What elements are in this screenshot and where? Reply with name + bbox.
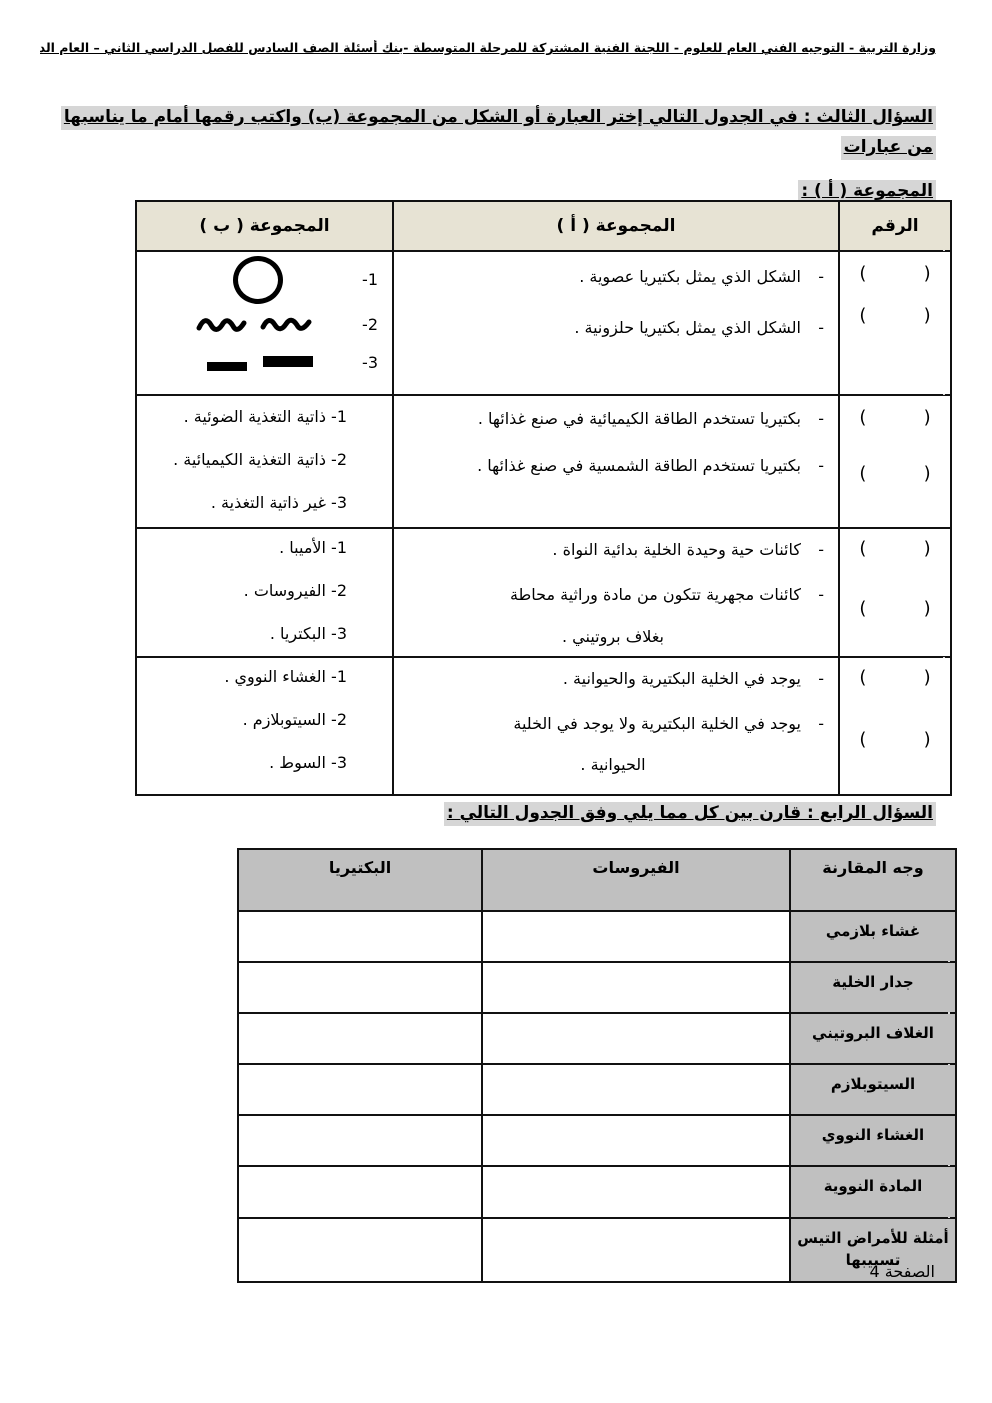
- bullet-dash: -: [816, 315, 824, 340]
- header-number-column: الرقم: [838, 202, 950, 250]
- bacteria-answer-cell[interactable]: [239, 1014, 481, 1063]
- bacteria-answer-cell[interactable]: [239, 1116, 481, 1165]
- comparison-table-header-row: وجه المقارنة الفيروسات البكتيريا: [239, 850, 955, 910]
- statement-text: الشكل الذي يمثل بكتيريا عصوية .: [579, 264, 801, 289]
- viruses-answer-cell[interactable]: [481, 1014, 789, 1063]
- comparison-table: وجه المقارنة الفيروسات البكتيريا غشاء بل…: [237, 848, 957, 1283]
- group-b-cell: 1- 2- 3-: [137, 252, 392, 394]
- group-a-cell: -الشكل الذي يمثل بكتيريا عصوية . -الشكل …: [392, 252, 838, 394]
- bullet-dash: -: [816, 264, 824, 289]
- statement-continuation: بغلاف بروتيني .: [402, 624, 824, 649]
- table-row: ( ) ( ) -الشكل الذي يمثل بكتيريا عصوية .…: [137, 250, 950, 394]
- question3-title-line1: السؤال الثالث : في الجدول التالي إختر ال…: [61, 106, 936, 160]
- bullet-dash: -: [816, 537, 824, 562]
- option-item: 3- السوط .: [143, 750, 347, 776]
- spirillum-wavy-icon: [167, 313, 348, 337]
- answer-number-cell: ( ) ( ): [838, 252, 950, 394]
- bacteria-answer-cell[interactable]: [239, 1167, 481, 1217]
- group-a-cell: -يوجد في الخلية البكتيرية والحيوانية . -…: [392, 658, 838, 794]
- answer-blank[interactable]: ( ): [840, 262, 950, 286]
- option-item: 3-: [137, 350, 392, 376]
- bacillus-rods-icon: [167, 353, 348, 373]
- bacteria-answer-cell[interactable]: [239, 1219, 481, 1281]
- comparison-aspect-label: جدار الخلية: [789, 963, 955, 1012]
- comparison-aspect-label: المادة النووية: [789, 1167, 955, 1217]
- table-row: ( ) ( ) -كائنات حية وحيدة الخلية بدائية …: [137, 527, 950, 656]
- header-group-a-column: المجموعة ( أ ): [392, 202, 838, 250]
- option-item: 1- ذاتية التغذية الضوئية .: [143, 404, 347, 430]
- answer-blank[interactable]: ( ): [840, 728, 950, 752]
- answer-blank[interactable]: ( ): [840, 304, 950, 328]
- viruses-answer-cell[interactable]: [481, 1065, 789, 1114]
- answer-number-cell: ( ) ( ): [838, 658, 950, 794]
- comparison-aspect-label: غشاء بلازمي: [789, 912, 955, 961]
- option-item: 2- الفيروسات .: [143, 578, 347, 604]
- matching-table-header-row: الرقم المجموعة ( أ ) المجموعة ( ب ): [137, 202, 950, 250]
- option-item: 1- الأميبا .: [143, 535, 347, 561]
- viruses-answer-cell[interactable]: [481, 912, 789, 961]
- option-number: 3-: [348, 350, 378, 376]
- bullet-dash: -: [816, 406, 824, 431]
- answer-number-cell: ( ) ( ): [838, 529, 950, 656]
- header-comparison-aspect: وجه المقارنة: [789, 850, 955, 910]
- exam-page: وزارة التربية - التوجيه الفني العام للعل…: [0, 0, 992, 1403]
- group-b-cell: 1- الأميبا . 2- الفيروسات . 3- البكتريا …: [137, 529, 392, 656]
- viruses-answer-cell[interactable]: [481, 1167, 789, 1217]
- option-item: 3- غير ذاتية التغذية .: [143, 490, 347, 516]
- viruses-answer-cell[interactable]: [481, 1116, 789, 1165]
- question4-title: السؤال الرابع : قارن بين كل مما يلي وفق …: [40, 798, 936, 828]
- group-b-cell: 1- ذاتية التغذية الضوئية . 2- ذاتية التغ…: [137, 396, 392, 527]
- option-item: 3- البكتريا .: [143, 621, 347, 647]
- answer-blank[interactable]: ( ): [840, 462, 950, 486]
- statement-text: بكتيريا تستخدم الطاقة الكيميائية في صنع …: [478, 406, 801, 431]
- bacteria-answer-cell[interactable]: [239, 1065, 481, 1114]
- answer-blank[interactable]: ( ): [840, 666, 950, 690]
- matching-table: الرقم المجموعة ( أ ) المجموعة ( ب ) ( ) …: [135, 200, 952, 796]
- table-row: الغلاف البروتيني: [239, 1012, 955, 1063]
- statement-text: الشكل الذي يمثل بكتيريا حلزونية .: [574, 315, 801, 340]
- statement-text: كائنات حية وحيدة الخلية بدائية النواة .: [552, 537, 801, 562]
- page-number: الصفحة 4: [870, 1262, 935, 1281]
- header-bacteria: البكتيريا: [239, 850, 481, 910]
- answer-blank[interactable]: ( ): [840, 406, 950, 430]
- bacteria-answer-cell[interactable]: [239, 963, 481, 1012]
- statement-continuation: الحيوانية .: [402, 752, 824, 777]
- header-group-b-column: المجموعة ( ب ): [137, 202, 392, 250]
- viruses-answer-cell[interactable]: [481, 963, 789, 1012]
- option-number: 1-: [348, 267, 378, 293]
- comparison-aspect-label: السيتوبلازم: [789, 1065, 955, 1114]
- group-a-cell: -كائنات حية وحيدة الخلية بدائية النواة .…: [392, 529, 838, 656]
- answer-number-cell: ( ) ( ): [838, 396, 950, 527]
- bullet-dash: -: [816, 711, 824, 736]
- table-row: الغشاء النووي: [239, 1114, 955, 1165]
- bacteria-answer-cell[interactable]: [239, 912, 481, 961]
- statement-text: كائنات مجهرية تتكون من مادة وراثية محاطة: [510, 582, 801, 607]
- group-a-cell: -بكتيريا تستخدم الطاقة الكيميائية في صنع…: [392, 396, 838, 527]
- statement-text: بكتيريا تستخدم الطاقة الشمسية في صنع غذا…: [477, 453, 801, 478]
- option-item: 1-: [137, 256, 392, 304]
- viruses-answer-cell[interactable]: [481, 1219, 789, 1281]
- option-item: 2-: [137, 312, 392, 338]
- coccus-circle-icon: [167, 256, 348, 304]
- header-viruses: الفيروسات: [481, 850, 789, 910]
- table-row: ( ) ( ) -بكتيريا تستخدم الطاقة الكيميائي…: [137, 394, 950, 527]
- table-row: أمثلة للأمراض التيس تسبيبها: [239, 1217, 955, 1281]
- statement-text: يوجد في الخلية البكتيرية والحيوانية .: [563, 666, 801, 691]
- table-row: ( ) ( ) -يوجد في الخلية البكتيرية والحيو…: [137, 656, 950, 794]
- comparison-aspect-label: الغلاف البروتيني: [789, 1014, 955, 1063]
- bullet-dash: -: [816, 582, 824, 607]
- question4-title-text: السؤال الرابع : قارن بين كل مما يلي وفق …: [444, 802, 936, 826]
- answer-blank[interactable]: ( ): [840, 597, 950, 621]
- statement-text: يوجد في الخلية البكتيرية ولا يوجد في الخ…: [513, 711, 801, 736]
- option-item: 1- الغشاء النووي .: [143, 664, 347, 690]
- table-row: المادة النووية: [239, 1165, 955, 1217]
- table-row: السيتوبلازم: [239, 1063, 955, 1114]
- bullet-dash: -: [816, 666, 824, 691]
- option-number: 2-: [348, 312, 378, 338]
- answer-blank[interactable]: ( ): [840, 537, 950, 561]
- option-item: 2- السيتوبلازم .: [143, 707, 347, 733]
- comparison-aspect-label: الغشاء النووي: [789, 1116, 955, 1165]
- table-row: غشاء بلازمي: [239, 910, 955, 961]
- option-item: 2- ذاتية التغذية الكيميائية .: [143, 447, 347, 473]
- group-b-cell: 1- الغشاء النووي . 2- السيتوبلازم . 3- ا…: [137, 658, 392, 794]
- bullet-dash: -: [816, 453, 824, 478]
- document-header: وزارة التربية - التوجيه الفني العام للعل…: [40, 40, 936, 55]
- table-row: جدار الخلية: [239, 961, 955, 1012]
